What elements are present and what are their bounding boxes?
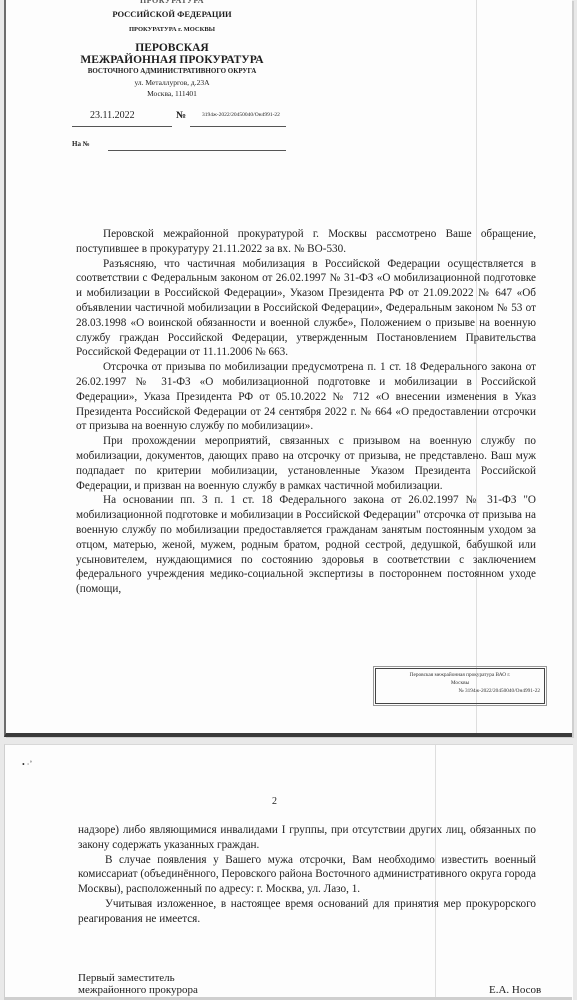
letterhead-office-line1: ПЕРОВСКАЯ xyxy=(62,42,282,54)
paragraph: Учитывая изложенное, в настоящее время о… xyxy=(78,897,536,927)
letterhead-country: РОССИЙСКОЙ ФЕДЕРАЦИИ xyxy=(62,9,282,19)
signatory-name: Е.А. Носов xyxy=(489,984,541,996)
paragraph-continuation: надзоре) либо являющимися инвалидами I г… xyxy=(78,823,536,853)
registration-number: 3194ж-2022/20450040/Он4991-22 xyxy=(202,112,280,118)
registration-date: 23.11.2022 xyxy=(90,110,135,121)
stamp-office: Перовская межрайонная прокуратура ВАО г. xyxy=(376,669,544,679)
signatory-title-line2: межрайонного прокурора xyxy=(78,984,198,996)
registration-number-label: № xyxy=(176,110,186,121)
letterhead-office-line2: МЕЖРАЙОННАЯ ПРОКУРАТУРА xyxy=(52,54,292,66)
letter-body-page1: Перовской межрайонной прокуратурой г. Мо… xyxy=(76,227,536,597)
reply-to-label: На № xyxy=(72,140,90,148)
letterhead-address-street: ул. Металлургов, д.23А xyxy=(62,78,282,87)
date-underline xyxy=(72,126,172,127)
paragraph: На основании пп. 3 п. 1 ст. 18 Федеральн… xyxy=(76,493,536,597)
signatory-title: Первый заместитель межрайонного прокурор… xyxy=(78,972,198,996)
letterhead-address-city: Москва, 111401 xyxy=(62,89,282,98)
stamp-city: Москвы xyxy=(376,679,544,687)
paragraph: Отсрочка от призыва по мобилизации преду… xyxy=(76,360,536,434)
scan-specks: • ·˚ xyxy=(22,760,32,769)
paragraph: Перовской межрайонной прокуратурой г. Мо… xyxy=(76,227,536,257)
letterhead-moscow-prosecutor: ПРОКУРАТУРА г. МОСКВЫ xyxy=(62,26,282,33)
registration-stamp: Перовская межрайонная прокуратура ВАО г.… xyxy=(375,668,545,704)
letterhead-top-cut: ПРОКУРАТУРА xyxy=(62,0,282,5)
paragraph: При прохождении мероприятий, связанных с… xyxy=(76,434,536,493)
signatory-title-line1: Первый заместитель xyxy=(78,972,198,984)
paragraph: Разъясняю, что частичная мобилизация в Р… xyxy=(76,257,536,361)
letterhead-district: ВОСТОЧНОГО АДМИНИСТРАТИВНОГО ОКРУГА xyxy=(52,67,292,75)
page-number: 2 xyxy=(272,796,277,807)
reply-to-underline xyxy=(108,150,286,151)
number-underline xyxy=(190,126,286,127)
letter-body-page2: надзоре) либо являющимися инвалидами I г… xyxy=(78,823,536,927)
stamp-number: № 3194ж-2022/20450040/Он4991-22 xyxy=(376,687,544,695)
paragraph: В случае появления у Вашего мужа отсрочк… xyxy=(78,853,536,897)
